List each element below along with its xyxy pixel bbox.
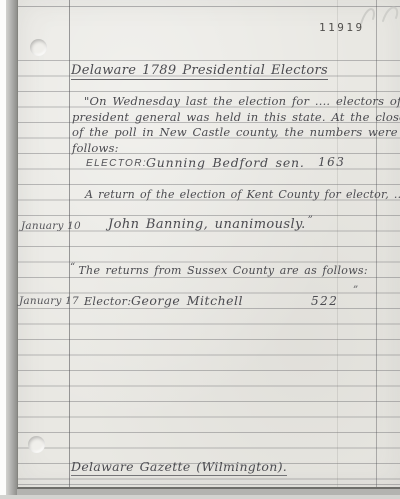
banning-text: John Banning, unanimously. [108, 217, 306, 232]
margin-date-jan17: January 17 [19, 295, 79, 307]
scan-edge-shadow [6, 0, 17, 499]
elector-name-jan17: George Mitchell [131, 293, 243, 308]
elector-vote-count: 163 [318, 155, 345, 169]
margin-date-jan10: January 10 [21, 220, 81, 232]
vote-count-jan17: 522 [311, 294, 338, 308]
sussex-text: The returns from Sussex County are as fo… [78, 264, 367, 277]
paper-crease [337, 0, 338, 487]
margin-line-left [69, 0, 70, 487]
paragraph-line: of the poll in New Castle county, the nu… [72, 125, 400, 141]
bottom-rule-line [18, 484, 400, 485]
close-quote-mark-jan17: ” [353, 285, 358, 296]
scanned-page: 11919 Delaware 1789 Presidential Elector… [0, 0, 400, 499]
page-number-stamp: 11919 [319, 21, 365, 34]
banning-entry: John Banning, unanimously.” [108, 217, 313, 232]
paragraph-newcastle: "On Wednesday last the election for ....… [72, 94, 400, 156]
open-quote-mark: “ [70, 262, 75, 273]
paragraph-line: president general was held in this state… [72, 110, 400, 126]
note-title: Delaware 1789 Presidential Electors [71, 63, 328, 80]
ledger-paper: 11919 Delaware 1789 Presidential Elector… [17, 0, 400, 489]
header-rule-line [18, 6, 400, 7]
elector-label-jan17: Elector: [84, 295, 131, 308]
elector-label: ELECTOR: [86, 158, 147, 169]
paragraph-line: "On Wednesday last the election for ....… [72, 94, 400, 110]
paragraph-line: follows: [72, 141, 400, 157]
scan-bottom-edge [0, 495, 400, 499]
margin-line-right [376, 0, 377, 487]
punch-hole-top [30, 39, 47, 56]
source-citation: Delaware Gazette (Wilmington). [71, 459, 287, 476]
close-quote-mark: ” [308, 215, 314, 226]
sussex-returns-line: “The returns from Sussex County are as f… [70, 264, 368, 277]
elector-name: Gunning Bedford sen. [146, 155, 305, 170]
punch-hole-bottom [28, 436, 45, 453]
kent-return-line: A return of the election of Kent County … [85, 188, 400, 201]
